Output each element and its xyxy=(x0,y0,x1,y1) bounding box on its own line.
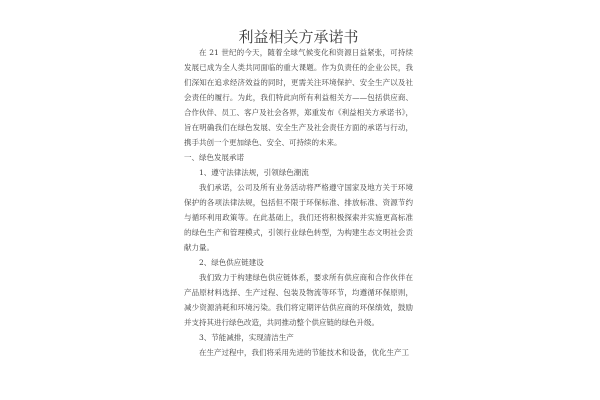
paragraph-intro: 在 21 世纪的今天，随着全球气候变化和资源日益紧张，可持续发展已成为全人类共同… xyxy=(184,45,413,150)
subheading-energy-saving: 3、节能减排，实现清洁生产 xyxy=(184,330,413,345)
document-title: 利益相关方承诺书 xyxy=(184,30,413,45)
paragraph-law-compliance: 我们承诺，公司及所有业务活动将严格遵守国家及地方关于环境保护的各项法律法规，包括… xyxy=(184,180,413,255)
paragraph-green-supply-chain: 我们致力于构建绿色供应链体系，要求所有供应商和合作伙伴在产品原材料选择、生产过程… xyxy=(184,270,413,330)
document-page: 利益相关方承诺书 在 21 世纪的今天，随着全球气候变化和资源日益紧张，可持续发… xyxy=(0,0,600,400)
document-body: 利益相关方承诺书 在 21 世纪的今天，随着全球气候变化和资源日益紧张，可持续发… xyxy=(184,30,413,360)
subheading-law-compliance: 1、遵守法律法规，引领绿色潮流 xyxy=(184,165,413,180)
section-heading-green-development: 一、绿色发展承诺 xyxy=(184,150,413,165)
paragraph-energy-saving: 在生产过程中，我们将采用先进的节能技术和设备，优化生产工 xyxy=(184,345,413,360)
subheading-green-supply-chain: 2、绿色供应链建设 xyxy=(184,255,413,270)
